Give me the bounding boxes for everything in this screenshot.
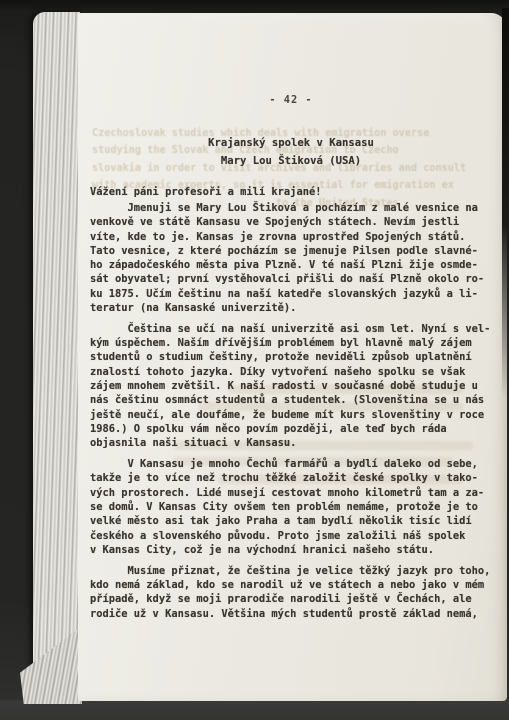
article-author: Mary Lou Štiková (USA)	[90, 152, 492, 170]
book-photo: Czechoslovak studies which deals with em…	[0, 0, 509, 720]
article-title: Krajanský spolek v Kansasu	[90, 134, 492, 152]
page-stack-edge	[33, 12, 80, 701]
paragraph-2: Čeština se učí na naší univerzitě asi os…	[90, 322, 494, 451]
paragraph-1: Jmenuji se Mary Lou Štiková a pocházím z…	[90, 201, 494, 315]
salutation-line: Vážení páni profesoři a milí krajané!	[90, 185, 321, 199]
paragraph-4: Musíme přiznat, že čeština je velice těž…	[90, 564, 494, 621]
page-top-right-gap	[502, 8, 509, 398]
paragraph-3: V Kansasu je mnoho Čechů farmářů a bydlí…	[90, 457, 494, 557]
page-number: - 42 -	[90, 93, 492, 107]
body-text: Jmenuji se Mary Lou Štiková a pocházím z…	[90, 201, 494, 627]
book-page: Czechoslovak studies which deals with em…	[78, 13, 507, 701]
article-heading: Krajanský spolek v Kansasu Mary Lou Štik…	[90, 134, 492, 170]
